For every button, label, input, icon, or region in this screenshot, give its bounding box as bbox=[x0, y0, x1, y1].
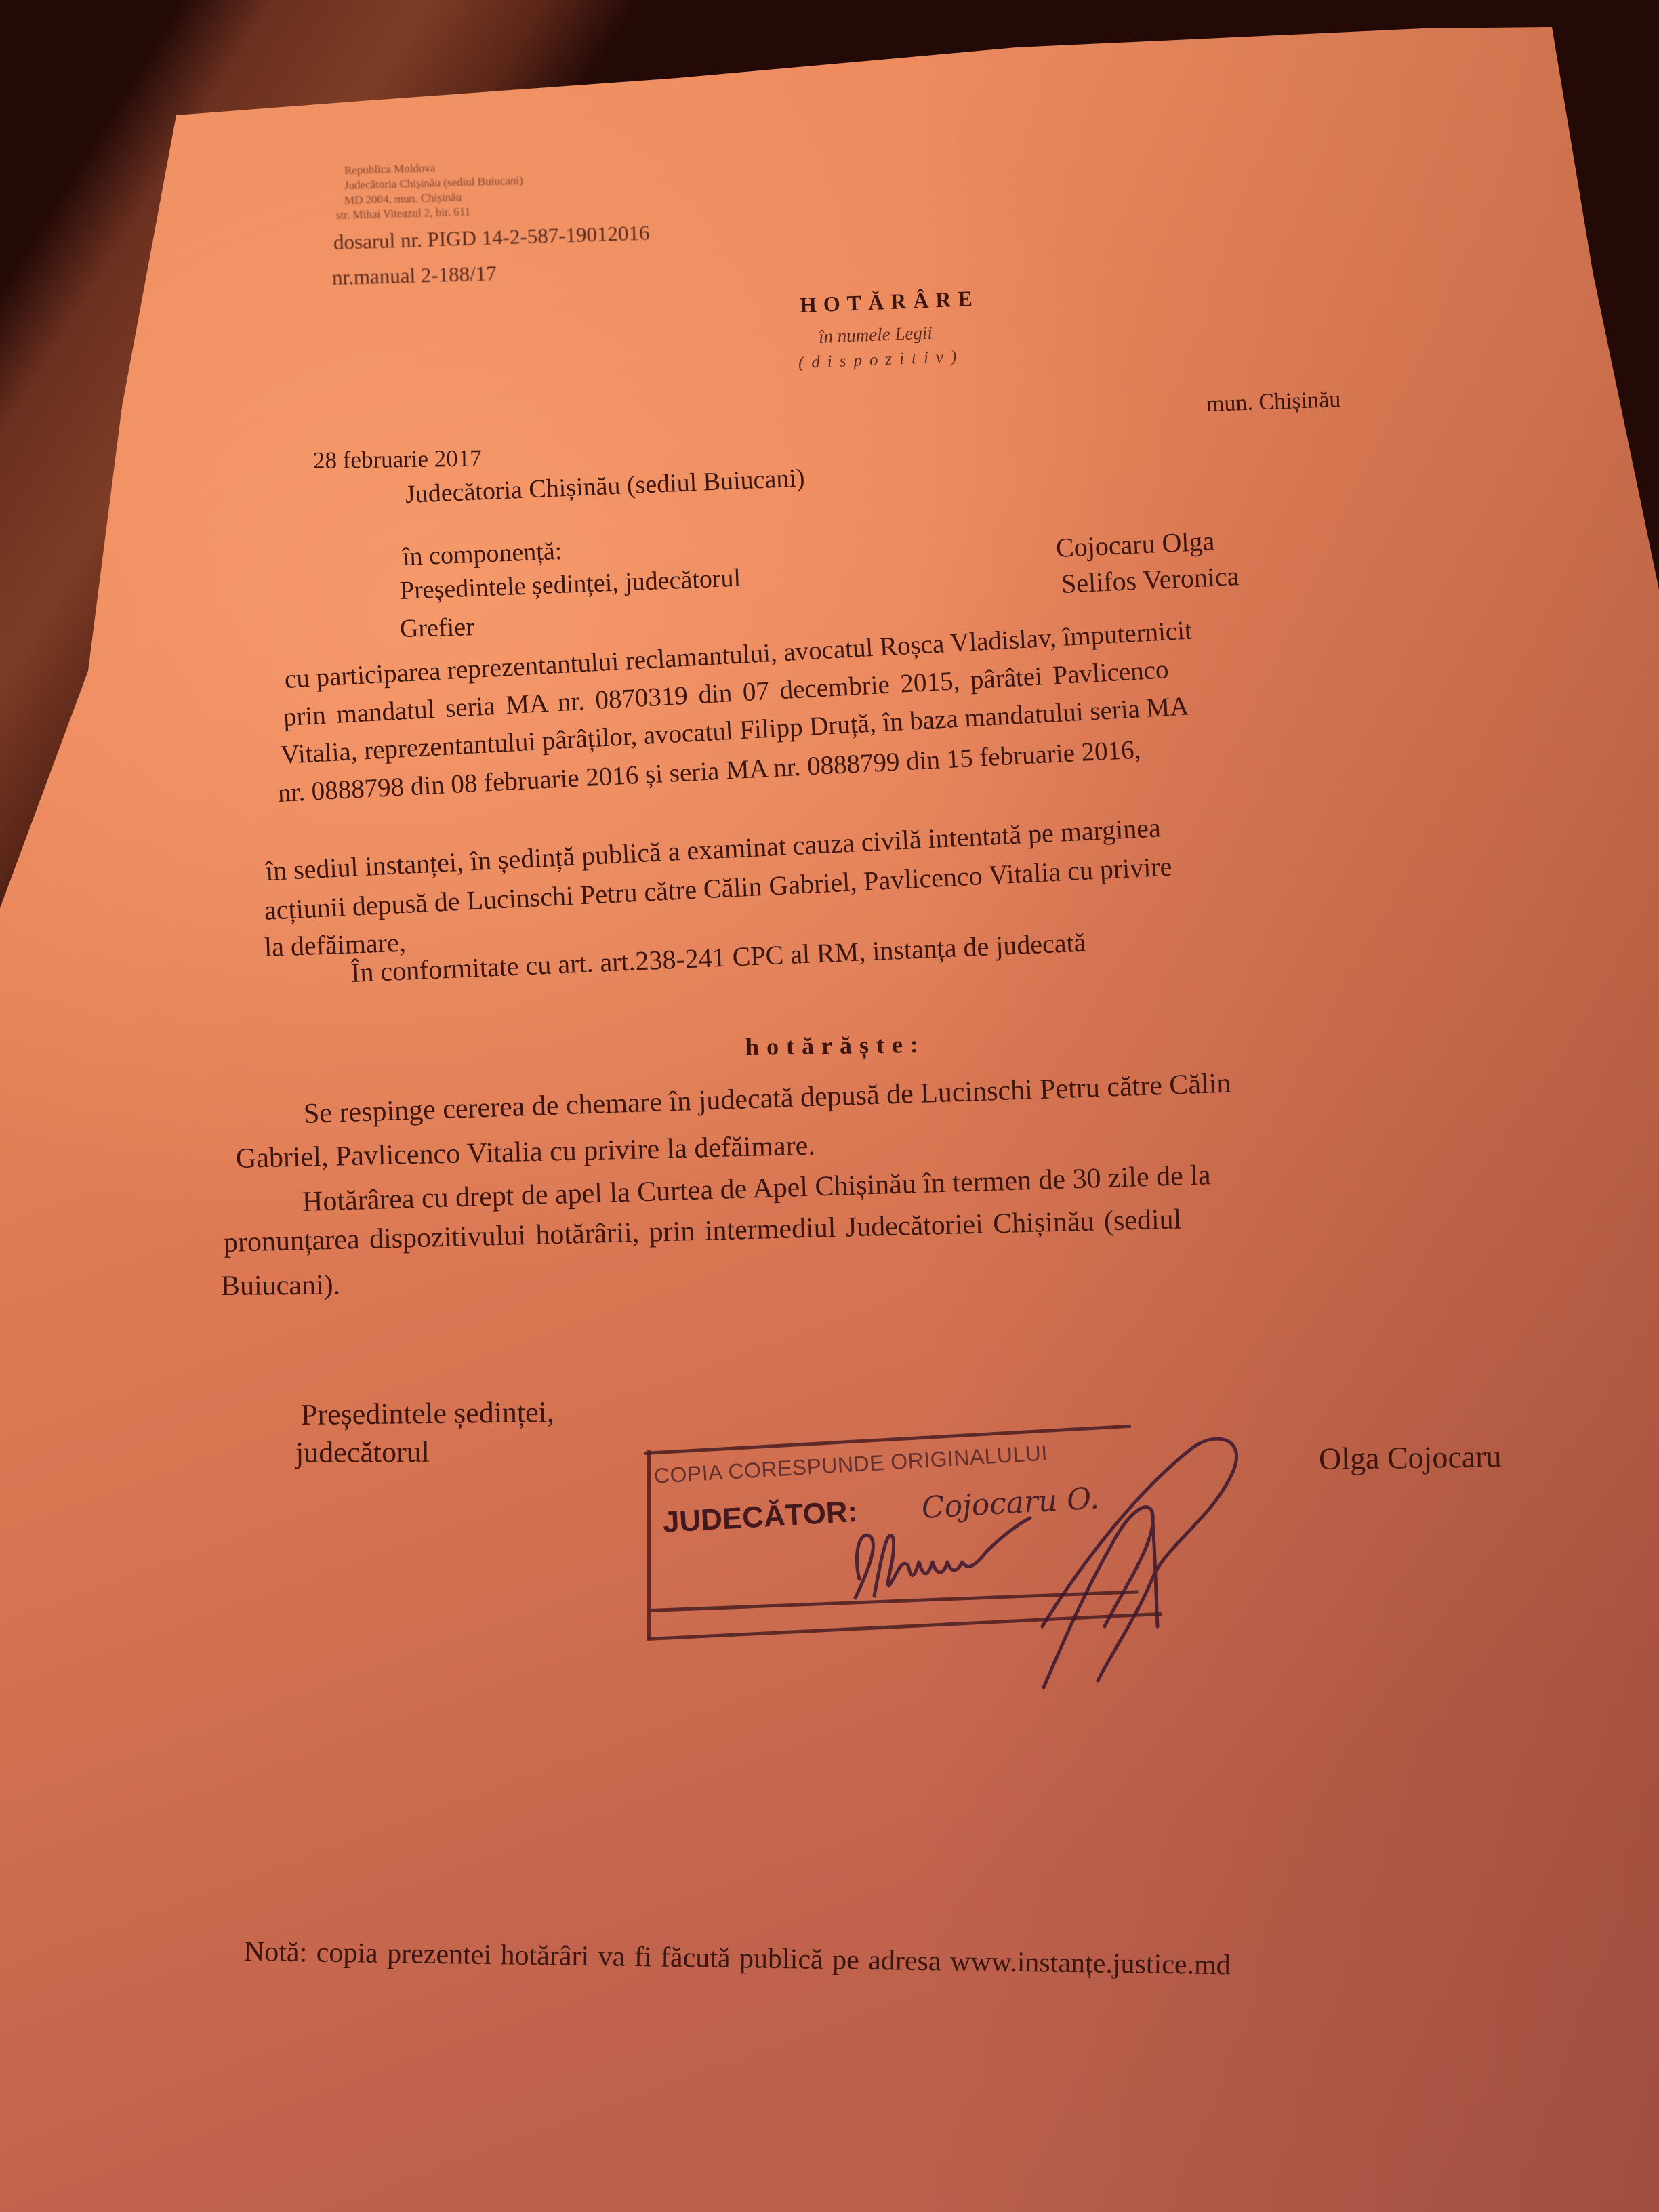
decides-heading: hotărăște: bbox=[745, 1030, 926, 1061]
signature-label: Președintele ședinței, bbox=[301, 1395, 554, 1432]
composition-label: în componență: bbox=[402, 536, 562, 572]
paragraph-line: Buiucani). bbox=[221, 1269, 341, 1303]
clerk-label: Grefier bbox=[399, 612, 474, 644]
manual-number: nr.manual 2-188/17 bbox=[331, 261, 497, 290]
signature-label: judecătorul bbox=[295, 1435, 430, 1470]
letterhead-line: Republica Moldova bbox=[344, 161, 436, 178]
city: mun. Chișinău bbox=[1206, 387, 1341, 417]
decision-date: 28 februarie 2017 bbox=[313, 445, 482, 474]
document-subtitle: în numele Legii bbox=[818, 323, 933, 348]
judge-name: Olga Cojocaru bbox=[1319, 1438, 1502, 1477]
